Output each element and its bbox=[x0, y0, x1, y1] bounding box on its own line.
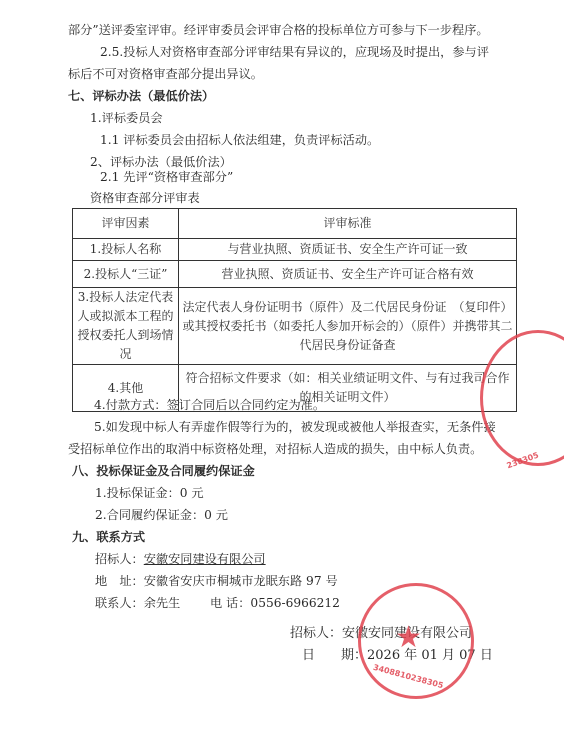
fraud-clause-cont: 受招标单位作出的取消中标资格处理，对招标人造成的损失，由中标人负责。 bbox=[68, 441, 482, 457]
tenderer-label: 招标人： bbox=[95, 552, 144, 566]
contact-person: 联系人：余先生 bbox=[95, 595, 180, 611]
paragraph-continuation: 部分”送评委室评审。经评审委员会评审合格的投标单位方可参与下一步程序。 bbox=[68, 22, 489, 38]
subsection-2-1: 2.1 先评“资格审查部分” bbox=[100, 169, 233, 185]
table-title: 资格审查部分评审表 bbox=[90, 190, 200, 206]
phone-line: 电 话：0556-6966212 bbox=[210, 595, 340, 611]
row-standard: 营业执照、资质证书、安全生产许可证合格有效 bbox=[179, 261, 517, 288]
table-row: 3.投标人法定代表人或拟派本工程的授权委托人到场情况 法定代表人身份证明书（原件… bbox=[73, 288, 517, 365]
row-factor: 2.投标人“三证” bbox=[73, 261, 179, 288]
seal-number-partial: 238305 bbox=[505, 451, 539, 471]
subsection-2: 2、评标办法（最低价法） bbox=[90, 154, 232, 170]
table-row: 1.投标人名称 与营业执照、资质证书、安全生产许可证一致 bbox=[73, 239, 517, 261]
row-factor: 1.投标人名称 bbox=[73, 239, 179, 261]
tenderer-line: 招标人：安徽安同建设有限公司 bbox=[95, 551, 266, 567]
header-factor: 评审因素 bbox=[73, 209, 179, 239]
review-table: 评审因素 评审标准 1.投标人名称 与营业执照、资质证书、安全生产许可证一致 2… bbox=[72, 208, 517, 412]
header-standard: 评审标准 bbox=[179, 209, 517, 239]
bid-bond: 1.投标保证金：0 元 bbox=[95, 485, 204, 501]
subsection-1: 1.评标委员会 bbox=[90, 110, 163, 126]
payment-method: 4.付款方式：签订合同后以合同约定为准。 bbox=[94, 397, 325, 413]
section-9-heading: 九、联系方式 bbox=[72, 529, 145, 545]
address-line: 地 址：安徽省安庆市桐城市龙眠东路 97 号 bbox=[95, 573, 338, 589]
table-row: 2.投标人“三证” 营业执照、资质证书、安全生产许可证合格有效 bbox=[73, 261, 517, 288]
row-standard: 与营业执照、资质证书、安全生产许可证一致 bbox=[179, 239, 517, 261]
paragraph-2-5-cont: 标后不可对资格审查部分提出异议。 bbox=[68, 66, 263, 82]
paragraph-2-5: 2.5.投标人对资格审查部分评审结果有异议的，应现场及时提出，参与评 bbox=[100, 44, 489, 60]
table-header-row: 评审因素 评审标准 bbox=[73, 209, 517, 239]
fraud-clause: 5.如发现中标人有弄虚作假等行为的，被发现或被他人举报查实，无条件接 bbox=[94, 419, 496, 435]
row-standard: 法定代表人身份证明书（原件）及二代居民身份证 （复印件）或其授权委托书（如委托人… bbox=[179, 288, 517, 365]
subsection-1-1: 1.1 评标委员会由招标人依法组建，负责评标活动。 bbox=[100, 132, 379, 148]
performance-bond: 2.合同履约保证金：0 元 bbox=[95, 507, 228, 523]
seal-number: 3408810238305 bbox=[372, 663, 444, 690]
seal-star-icon: ★ bbox=[395, 620, 422, 655]
row-factor: 3.投标人法定代表人或拟派本工程的授权委托人到场情况 bbox=[73, 288, 179, 365]
section-7-heading: 七、评标办法（最低价法） bbox=[68, 88, 214, 104]
tenderer-value: 安徽安同建设有限公司 bbox=[144, 552, 266, 566]
section-8-heading: 八、投标保证金及合同履约保证金 bbox=[72, 463, 255, 479]
signature-tenderer: 招标人：安徽安同建设有限公司 bbox=[290, 626, 472, 642]
